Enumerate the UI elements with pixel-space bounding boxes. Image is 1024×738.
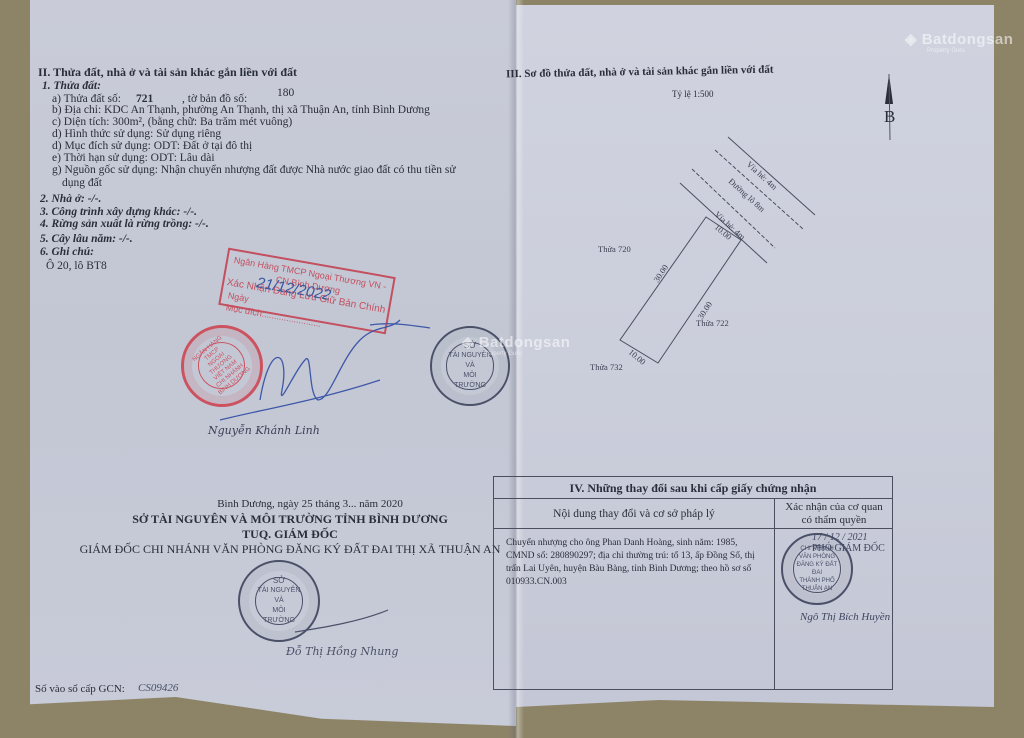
col-header-authority-line1: Xác nhận của cơ quan bbox=[775, 501, 893, 514]
change-entry-content: Chuyển nhượng cho ông Phan Danh Hoàng, s… bbox=[506, 537, 768, 589]
seal-line: CHI NHÁNH bbox=[800, 545, 833, 553]
item-perennial-trees: 5. Cây lâu năm: -/-. bbox=[40, 233, 133, 246]
signing-title: GIÁM ĐỐC CHI NHÁNH VĂN PHÒNG ĐĂNG KÝ ĐẤT… bbox=[60, 543, 520, 556]
land-heading: 1. Thửa đất: bbox=[42, 80, 101, 93]
note-value: Ô 20, lô BT8 bbox=[46, 260, 107, 273]
director-signature-stroke bbox=[290, 600, 390, 640]
changes-table-header-row: Nội dung thay đổi và cơ sở pháp lý Xác n… bbox=[494, 499, 892, 529]
bank-signature-scribble bbox=[200, 300, 440, 440]
bank-signer-name: Nguyễn Khánh Linh bbox=[208, 424, 320, 437]
label-sidewalk-top: Vỉa hè: 4m bbox=[745, 159, 780, 192]
approver-name: Ngô Thị Bích Huyền bbox=[800, 611, 890, 623]
watermark-center: ◈ Batdongsan Property Guru bbox=[462, 333, 570, 357]
parcel-diagram: Vỉa hè: 4m Đường lô 8m Vỉa hè: 4m 10.00 … bbox=[560, 120, 860, 380]
seal-line: SỞ bbox=[273, 576, 285, 586]
col-header-content: Nội dung thay đổi và cơ sở pháp lý bbox=[494, 499, 774, 529]
item-forest: 4. Rừng sản xuất là rừng trồng: -/-. bbox=[40, 218, 209, 231]
director-signer-name: Đỗ Thị Hồng Nhung bbox=[286, 645, 398, 658]
origin-line-2: dụng đất bbox=[62, 177, 102, 190]
seal-line: THÀNH PHỐ bbox=[799, 577, 834, 585]
watermark-sub: Property Guru bbox=[927, 48, 1013, 54]
watermark-brand: Batdongsan bbox=[922, 31, 1014, 48]
watermark-sub: Property Guru bbox=[484, 351, 570, 357]
seal-line: VĂN PHÒNG bbox=[799, 553, 835, 561]
north-arrow-icon bbox=[880, 70, 904, 140]
col-header-authority: Xác nhận của cơ quan có thẩm quyền bbox=[775, 501, 893, 527]
item-house: 2. Nhà ở: -/-. bbox=[40, 193, 101, 206]
changes-table: IV. Những thay đổi sau khi cấp giấy chứn… bbox=[493, 476, 893, 690]
north-label: B bbox=[884, 110, 895, 123]
label-back-width: 10.00 bbox=[627, 347, 648, 367]
label-neighbor-right: Thửa 722 bbox=[696, 318, 729, 328]
signing-tuq: TUQ. GIÁM ĐỐC bbox=[70, 528, 510, 541]
watermark-top-right: ◈ Batdongsan Property Guru bbox=[905, 30, 1013, 54]
watermark-logo-icon: ◈ bbox=[462, 334, 474, 351]
item-notes: 6. Ghi chú: bbox=[40, 246, 94, 259]
signing-place-date: Bình Dương, ngày 25 tháng 3... năm 2020 bbox=[200, 498, 420, 511]
label-neighbor-left: Thửa 720 bbox=[598, 244, 631, 254]
signing-organization: SỞ TÀI NGUYÊN VÀ MÔI TRƯỜNG TỈNH BÌNH DƯ… bbox=[70, 513, 510, 526]
map-sheet-number: 180 bbox=[277, 87, 294, 100]
changes-table-title: IV. Những thay đổi sau khi cấp giấy chứn… bbox=[494, 477, 892, 499]
seal-line: MÔI TRƯỜNG bbox=[447, 371, 492, 391]
seal-line: THUẬN AN bbox=[802, 585, 832, 593]
col-header-authority-line2: có thẩm quyền bbox=[775, 514, 893, 527]
watermark-brand: Batdongsan bbox=[479, 334, 571, 351]
column-divider bbox=[774, 499, 775, 690]
origin-line-1: g) Nguồn gốc sử dụng: Nhận chuyển nhượng… bbox=[52, 164, 456, 177]
label-neighbor-back: Thửa 732 bbox=[590, 362, 623, 372]
gcn-number: CS09426 bbox=[138, 682, 178, 695]
land-office-seal: CHI NHÁNH VĂN PHÒNG ĐĂNG KÝ ĐẤT ĐAI THÀN… bbox=[781, 533, 853, 605]
seal-line: ĐĂNG KÝ ĐẤT ĐAI bbox=[794, 561, 841, 577]
gcn-label: Số vào sổ cấp GCN: bbox=[35, 683, 125, 696]
section-ii-title: II. Thửa đất, nhà ở và tài sản khác gắn … bbox=[38, 66, 297, 79]
watermark-logo-icon: ◈ bbox=[905, 31, 917, 48]
diagram-scale: Tỷ lệ 1:500 bbox=[672, 88, 714, 101]
label-left-depth: 30.00 bbox=[651, 263, 670, 284]
